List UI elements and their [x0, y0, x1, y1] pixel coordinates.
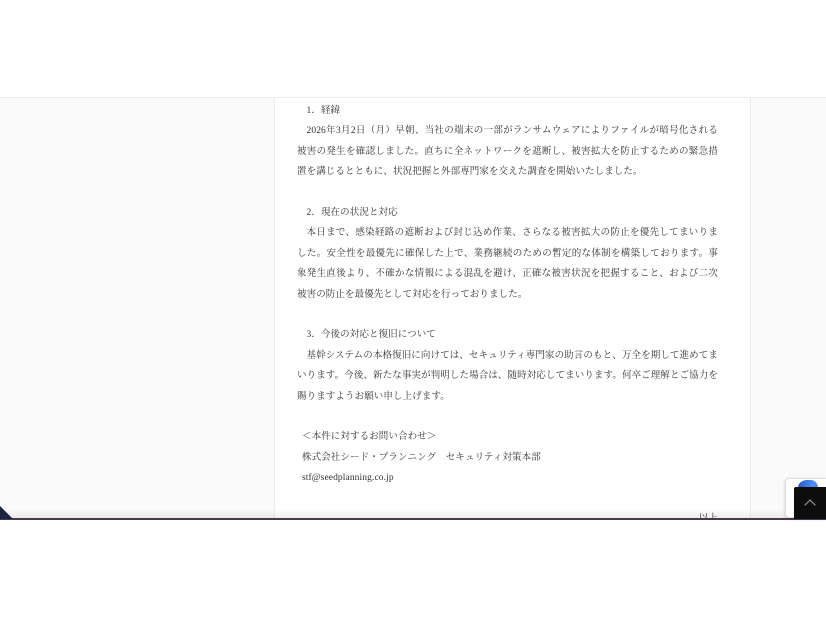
- contact-block: ＜本件に対するお問い合わせ＞ 株式会社シード・プランニング セキュリティ対策本部…: [297, 427, 718, 488]
- section-paragraph: 本日まで、感染経路の遮断および封じ込め作業、さらなる被害拡大の防止を優先してまい…: [297, 223, 718, 305]
- corner-accent-shape: [0, 506, 13, 519]
- section-future-response: 3．今後の対応と復旧について 基幹システムの本格復旧に向けては、セキュリティ専門…: [297, 325, 718, 407]
- article-stage: 1．経緯 2026年3月2日（月）早朝、当社の端末の一部がランサムウェアによりフ…: [0, 98, 826, 519]
- section-heading: 3．今後の対応と復旧について: [297, 325, 718, 345]
- section-paragraph: 2026年3月2日（月）早朝、当社の端末の一部がランサムウェアによりファイルが暗…: [297, 121, 718, 182]
- section-heading: 2．現在の状況と対応: [297, 203, 718, 223]
- contact-title: ＜本件に対するお問い合わせ＞: [297, 427, 718, 447]
- scroll-to-top-button[interactable]: [794, 487, 826, 519]
- chevron-up-icon: [804, 499, 815, 510]
- section-heading: 1．経緯: [297, 101, 718, 121]
- page-header: [0, 0, 826, 98]
- contact-email-link[interactable]: stf@seedplanning.co.jp: [297, 468, 718, 488]
- page-viewport: 1．経緯 2026年3月2日（月）早朝、当社の端末の一部がランサムウェアによりフ…: [0, 0, 826, 620]
- page-bottom-divider: [0, 518, 826, 520]
- section-paragraph: 基幹システムの本格復旧に向けては、セキュリティ専門家の助言のもと、万全を期して進…: [297, 346, 718, 407]
- contact-organization: 株式会社シード・プランニング セキュリティ対策本部: [297, 448, 718, 468]
- press-release-body: 1．経緯 2026年3月2日（月）早朝、当社の端末の一部がランサムウェアによりフ…: [274, 98, 751, 519]
- section-current-status: 2．現在の状況と対応 本日まで、感染経路の遮断および封じ込め作業、さらなる被害拡…: [297, 203, 718, 305]
- section-history: 1．経緯 2026年3月2日（月）早朝、当社の端末の一部がランサムウェアによりフ…: [297, 101, 718, 183]
- page-footer: [0, 520, 826, 620]
